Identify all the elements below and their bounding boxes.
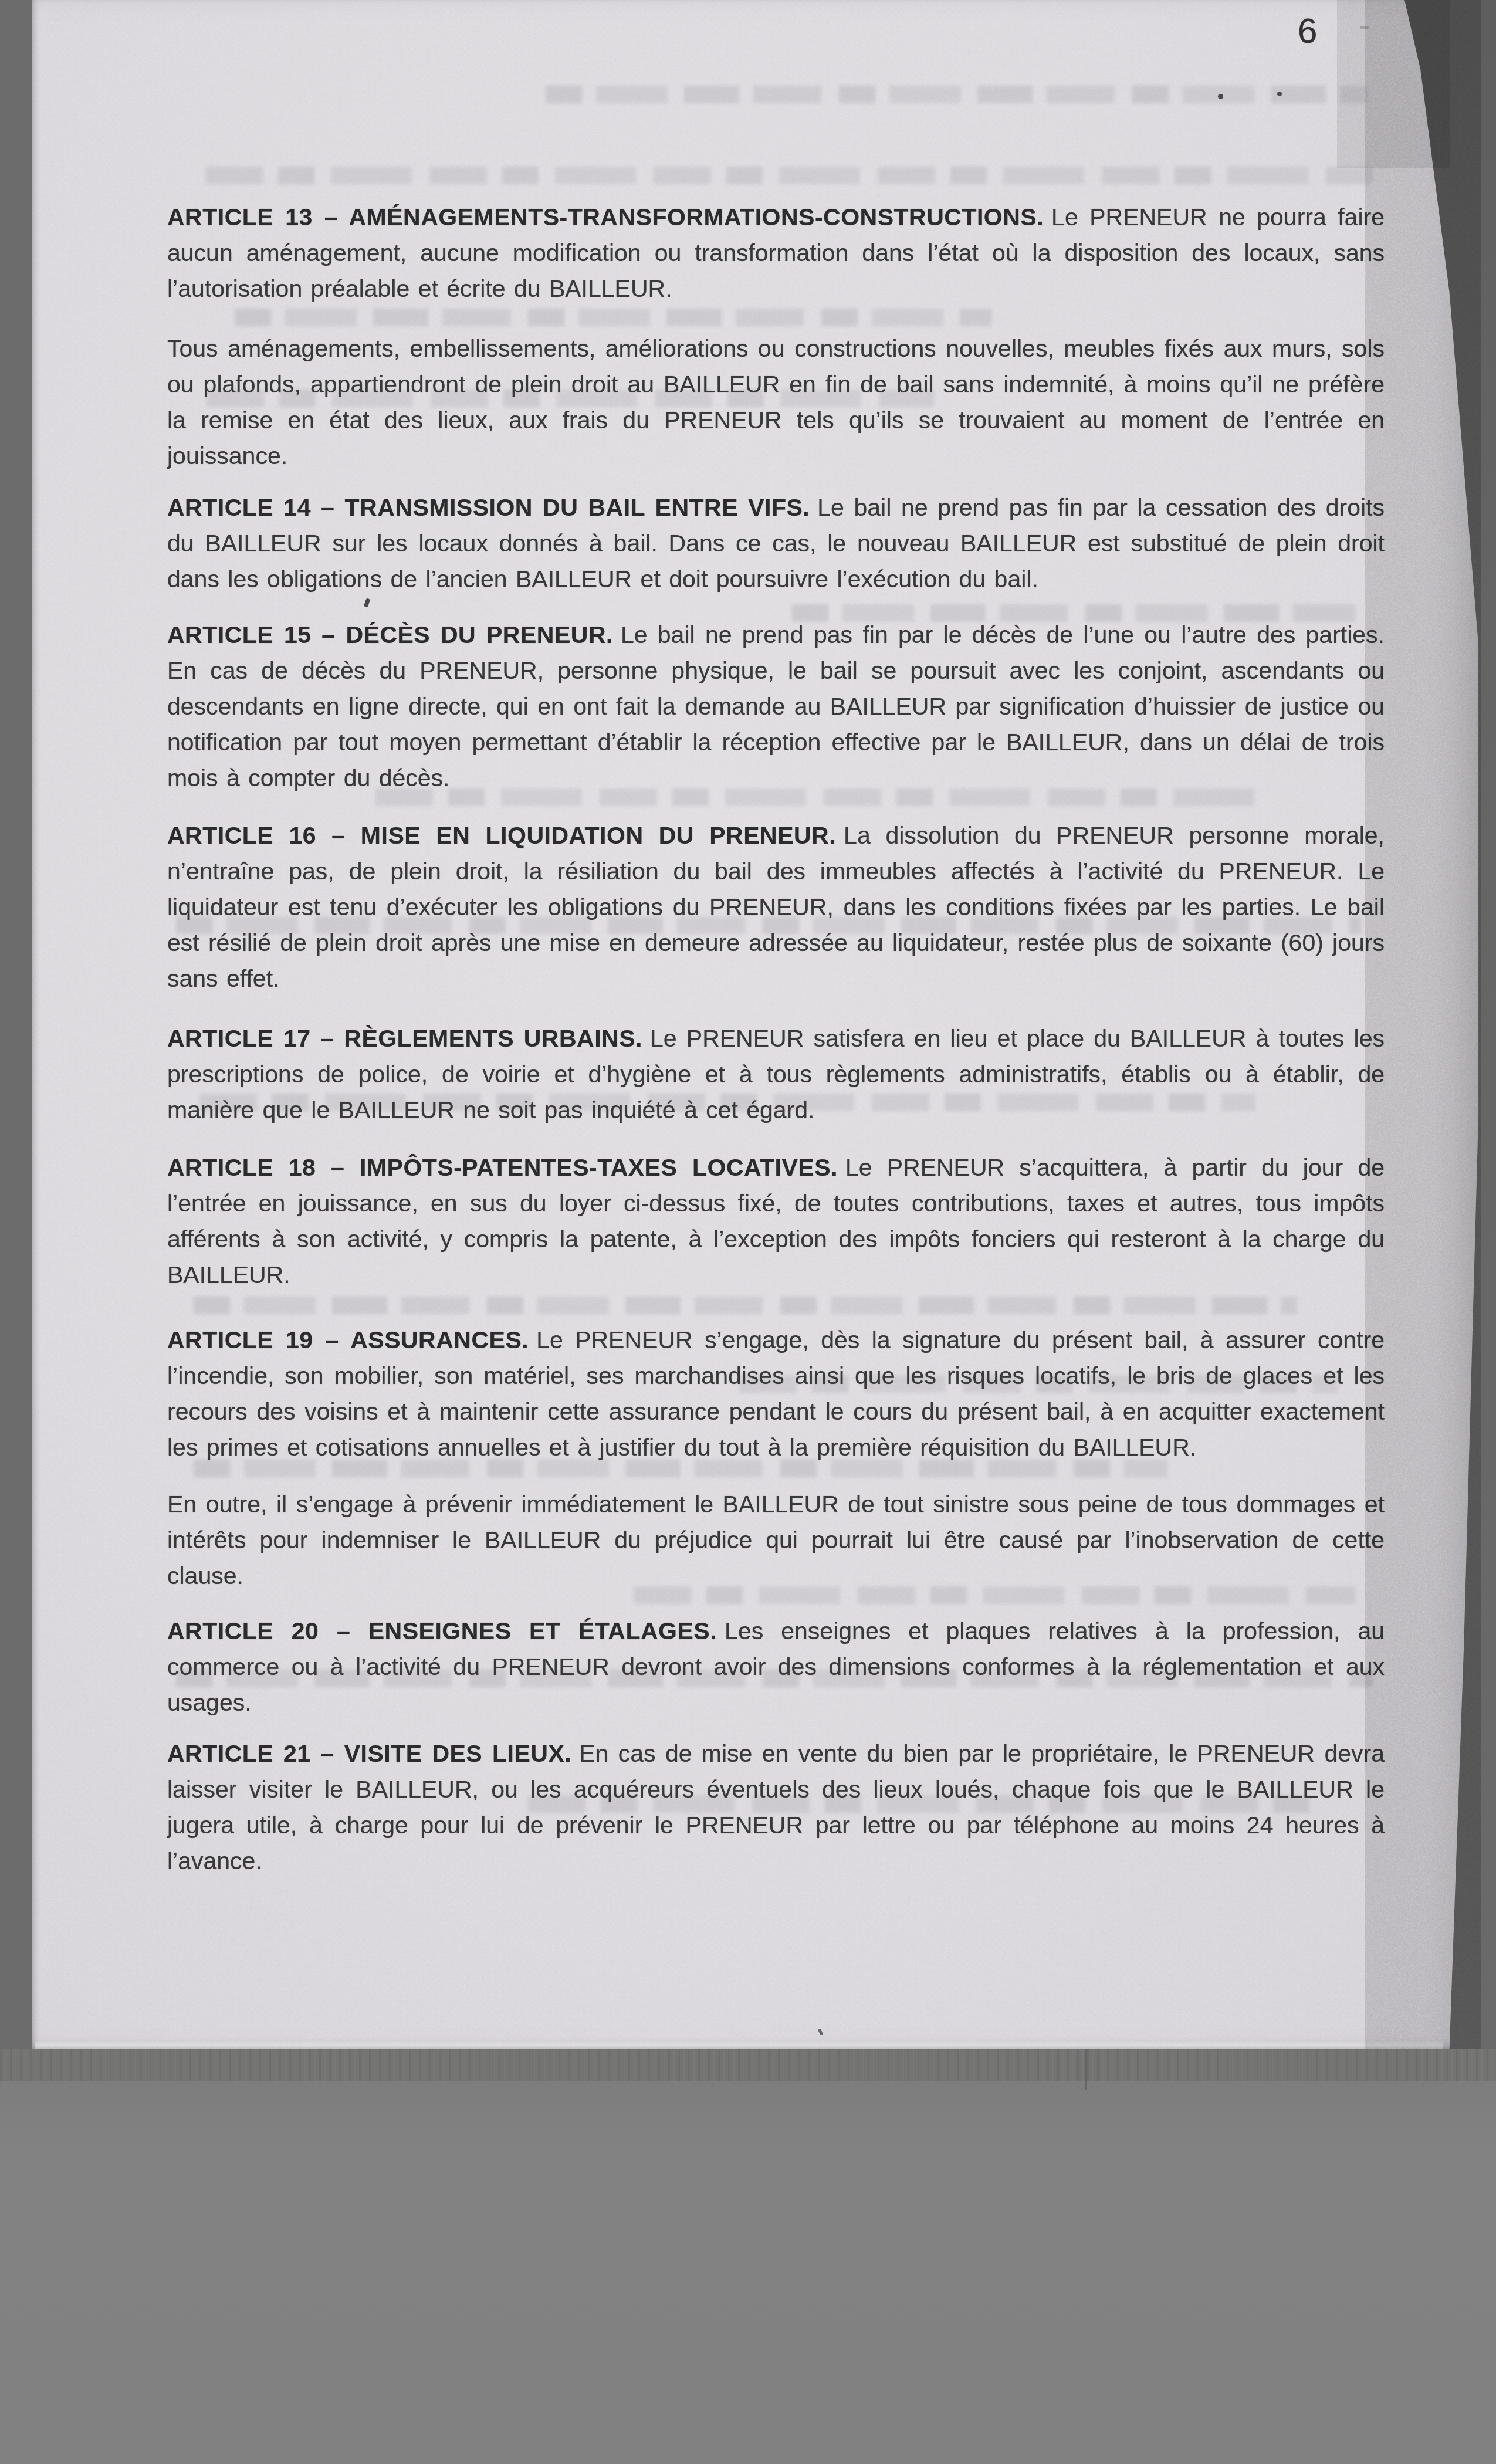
article-21-paragraph: ARTICLE 21 – VISITE DES LIEUX.En cas de … xyxy=(167,1736,1385,1879)
page-number: 6 xyxy=(1298,11,1339,51)
article-19-continuation-paragraph: En outre, il s’engage à prévenir immédia… xyxy=(167,1487,1385,1594)
article-15-paragraph: ARTICLE 15 – DÉCÈS DU PRENEUR.Le bail ne… xyxy=(167,617,1385,796)
article-13-paragraph: ARTICLE 13 – AMÉNAGEMENTS-TRANSFORMATION… xyxy=(167,199,1385,307)
article-19-continuation-body: En outre, il s’engage à prévenir immédia… xyxy=(167,1491,1385,1589)
article-18-heading: ARTICLE 18 – IMPÔTS-PATENTES-TAXES LOCAT… xyxy=(167,1154,838,1181)
article-16-heading: ARTICLE 16 – MISE EN LIQUIDATION DU PREN… xyxy=(167,822,836,849)
bleed-through-line xyxy=(546,86,1367,103)
article-20-paragraph: ARTICLE 20 – ENSEIGNES ET ÉTALAGES.Les e… xyxy=(167,1613,1385,1721)
article-17-paragraph: ARTICLE 17 – RÈGLEMENTS URBAINS.Le PRENE… xyxy=(167,1021,1385,1128)
article-15-heading: ARTICLE 15 – DÉCÈS DU PRENEUR. xyxy=(167,621,613,648)
article-17-heading: ARTICLE 17 – RÈGLEMENTS URBAINS. xyxy=(167,1025,642,1052)
article-20-heading: ARTICLE 20 – ENSEIGNES ET ÉTALAGES. xyxy=(167,1617,717,1644)
article-16-paragraph: ARTICLE 16 – MISE EN LIQUIDATION DU PREN… xyxy=(167,818,1385,997)
article-13-heading: ARTICLE 13 – AMÉNAGEMENTS-TRANSFORMATION… xyxy=(167,204,1044,231)
paper-bottom-edge-highlight xyxy=(35,2040,1443,2049)
ink-speck xyxy=(1218,94,1223,99)
article-18-paragraph: ARTICLE 18 – IMPÔTS-PATENTES-TAXES LOCAT… xyxy=(167,1150,1385,1293)
article-14-paragraph: ARTICLE 14 – TRANSMISSION DU BAIL ENTRE … xyxy=(167,490,1385,597)
article-19-paragraph: ARTICLE 19 – ASSURANCES.Le PRENEUR s’eng… xyxy=(167,1322,1385,1465)
contract-text-column: ARTICLE 13 – AMÉNAGEMENTS-TRANSFORMATION… xyxy=(167,199,1385,1879)
scanned-page-view: 6 ARTICLE 13 – AMÉNAGEMENTS-TRANSFORMATI… xyxy=(0,0,1496,2464)
article-13-continuation-body: Tous aménagements, embellissements, amél… xyxy=(167,335,1385,469)
article-13-continuation-paragraph: Tous aménagements, embellissements, amél… xyxy=(167,331,1385,474)
scanner-background-strip xyxy=(0,2049,1496,2081)
article-21-heading: ARTICLE 21 – VISITE DES LIEUX. xyxy=(167,1740,571,1767)
ink-speck xyxy=(1277,92,1282,96)
scanner-background-bottom xyxy=(0,2081,1496,2464)
scan-streak-line xyxy=(1085,2049,1087,2090)
scan-scratch-mark xyxy=(1360,26,1369,29)
scan-scratch-mark xyxy=(1422,32,1428,35)
article-14-heading: ARTICLE 14 – TRANSMISSION DU BAIL ENTRE … xyxy=(167,494,810,521)
bleed-through-line xyxy=(205,167,1373,184)
article-19-heading: ARTICLE 19 – ASSURANCES. xyxy=(167,1326,529,1353)
